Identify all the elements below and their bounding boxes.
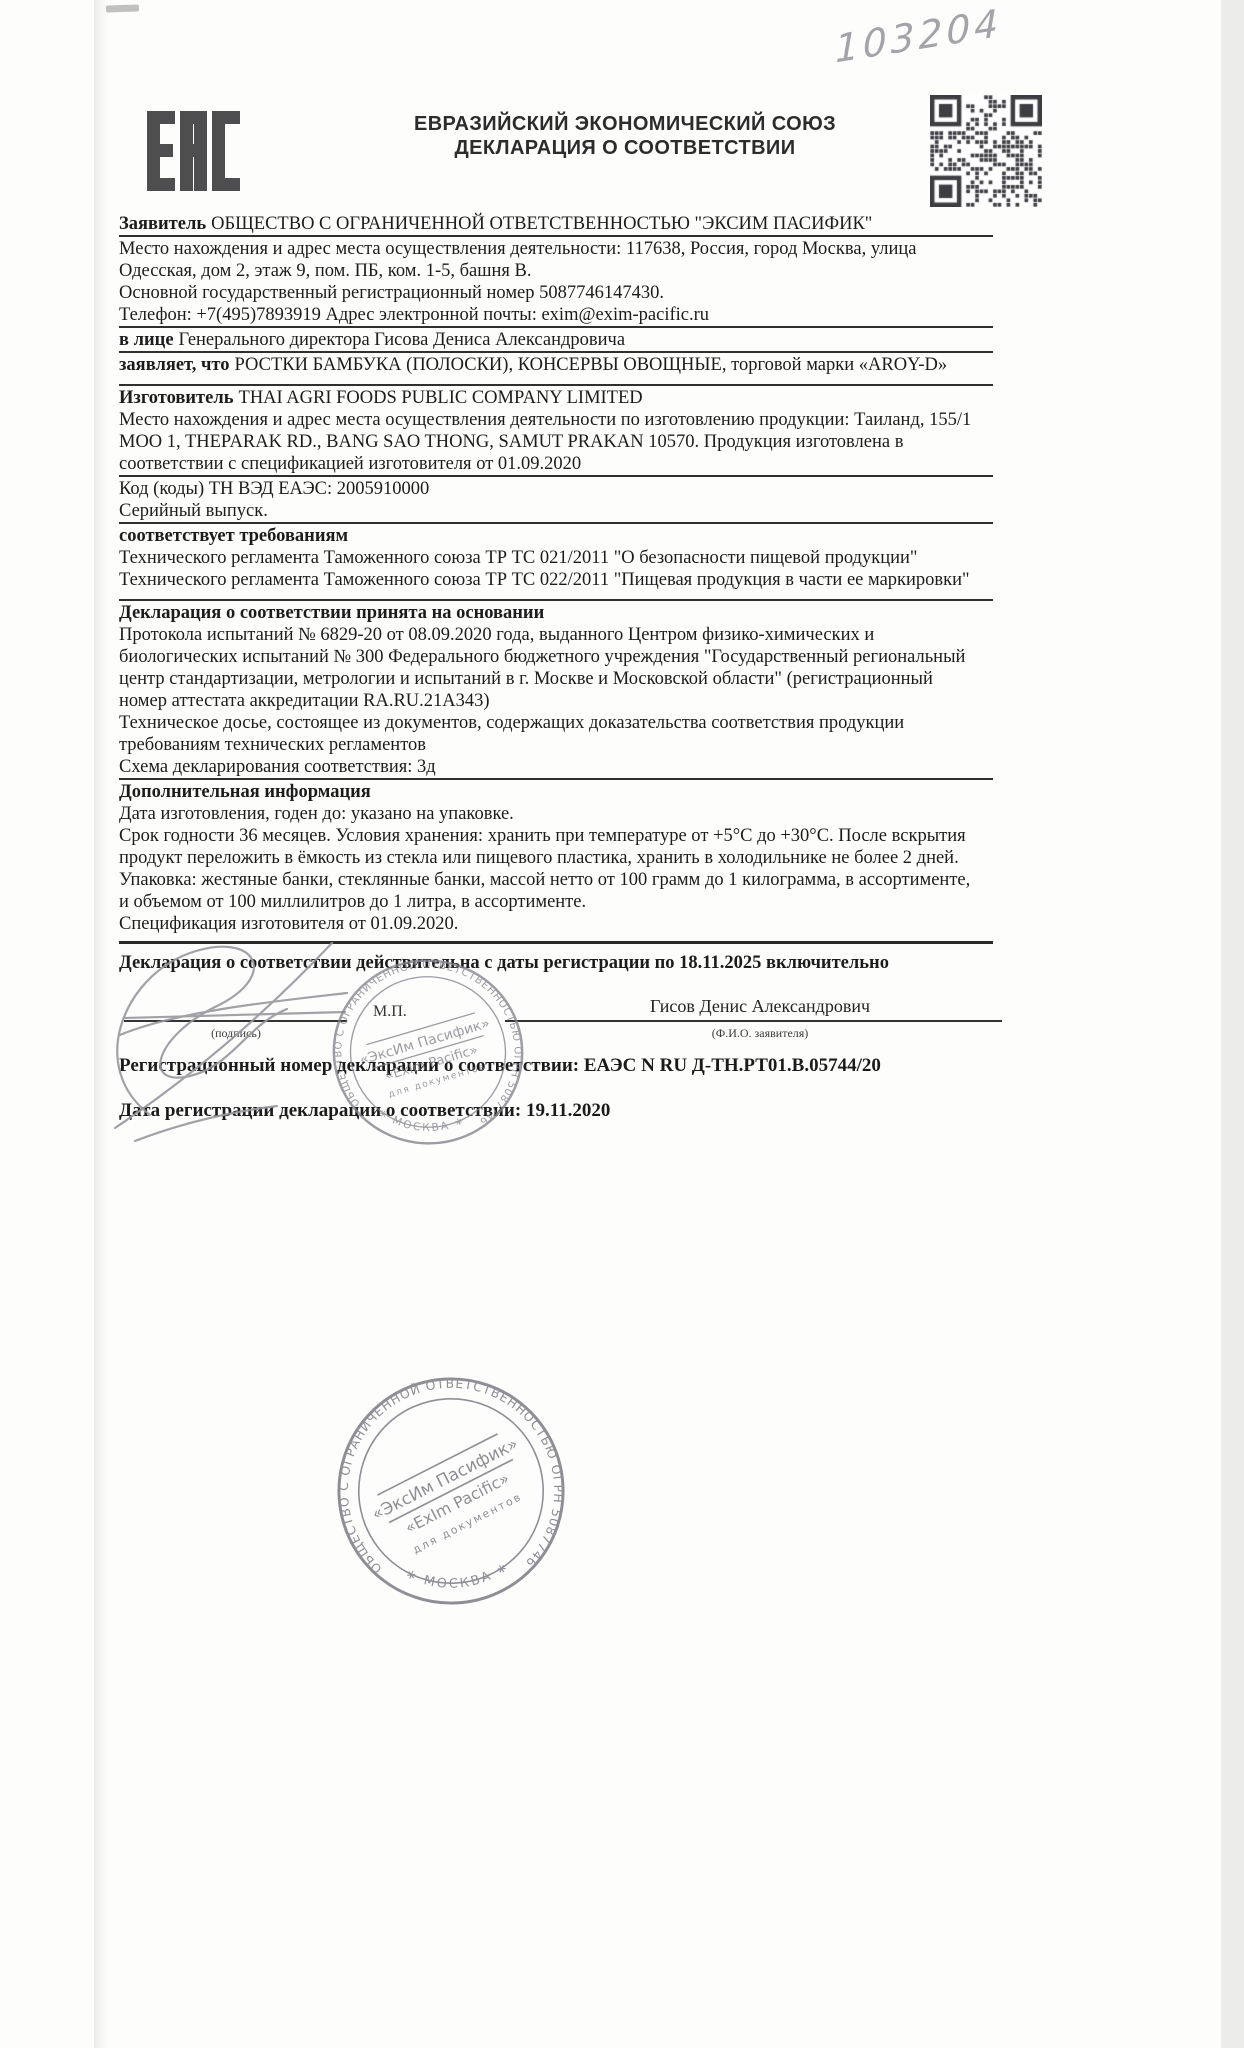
basis-header: Декларация о соответствии принята на осн…	[119, 602, 1157, 624]
company-stamp-large	[332, 1372, 570, 1610]
applicant-address-line1: Место нахождения и адрес места осуществл…	[119, 238, 1157, 260]
applicant-line: ЗаявительОБЩЕСТВО С ОГРАНИЧЕННОЙ ОТВЕТСТ…	[119, 213, 1157, 235]
scanned-declaration-page: 103204 ЕВРАЗИЙСКИЙ ЭКОНОМИЧЕСКИЙ СОЮЗ ДЕ…	[0, 0, 1244, 2048]
manufacturer-label: Изготовитель	[119, 388, 234, 408]
declaration-body: ЗаявительОБЩЕСТВО С ОГРАНИЧЕННОЙ ОТВЕТСТ…	[119, 213, 1157, 975]
additional-line3: продукт переложить в ёмкость из стекла и…	[119, 847, 1157, 869]
handwritten-number: 103204	[835, 1, 1003, 72]
person-label: в лице	[119, 330, 174, 350]
fio-line	[505, 1020, 1002, 1023]
additional-line1: Дата изготовления, годен до: указано на …	[119, 803, 1157, 825]
handwritten-signature	[95, 915, 365, 1145]
basis-line4: номер аттестата аккредитации RA.RU.21А34…	[119, 690, 1157, 712]
fio-caption: (Ф.И.О. заявителя)	[690, 1026, 830, 1041]
additional-label: Дополнительная информация	[119, 782, 371, 802]
applicant-fio: Гисов Денис Александрович	[630, 996, 890, 1017]
title-line-declaration: ДЕКЛАРАЦИЯ О СООТВЕТСТВИИ	[300, 136, 950, 160]
basis-line1: Протокола испытаний № 6829-20 от 08.09.2…	[119, 624, 1157, 646]
declares-line: заявляет, чтоРОСТКИ БАМБУКА (ПОЛОСКИ), К…	[119, 354, 1157, 376]
applicant-phone-line: Телефон: +7(495)7893919 Адрес электронно…	[119, 304, 1157, 326]
basis-scheme-line: Схема декларирования соответствия: 3д	[119, 756, 1157, 778]
basis-line2: биологических испытаний № 300 Федерально…	[119, 646, 1157, 668]
basis-line3: центр стандартизации, метрологии и испыт…	[119, 668, 1157, 690]
person-text: Генерального директора Гисова Дениса Але…	[179, 330, 626, 350]
company-stamp-small	[328, 952, 528, 1152]
basis-line5: Техническое досье, состоящее из документ…	[119, 712, 1157, 734]
additional-header: Дополнительная информация	[119, 781, 1157, 803]
document-title: ЕВРАЗИЙСКИЙ ЭКОНОМИЧЕСКИЙ СОЮЗ ДЕКЛАРАЦИ…	[300, 112, 950, 160]
manufacturer-address-line3: соответствии с спецификацией изготовител…	[119, 453, 1157, 475]
scan-right-edge	[1221, 0, 1244, 2048]
applicant-name: ОБЩЕСТВО С ОГРАНИЧЕННОЙ ОТВЕТСТВЕННОСТЬЮ…	[211, 214, 872, 234]
manufacturer-name: THAI AGRI FOODS PUBLIC COMPANY LIMITED	[239, 388, 643, 408]
manufacturer-address-line2: MOO 1, THEPARAK RD., BANG SAO THONG, SAM…	[119, 431, 1157, 453]
complies-line2: Технического регламента Таможенного союз…	[119, 569, 1157, 591]
person-line: в лицеГенерального директора Гисова Дени…	[119, 329, 1157, 351]
additional-line2: Срок годности 36 месяцев. Условия хранен…	[119, 825, 1157, 847]
complies-header: соответствует требованиям	[119, 525, 1157, 547]
scan-corner-mark	[106, 4, 139, 12]
eac-logo-icon	[147, 111, 240, 191]
complies-label: соответствует требованиям	[119, 526, 348, 546]
title-line-union: ЕВРАЗИЙСКИЙ ЭКОНОМИЧЕСКИЙ СОЮЗ	[300, 112, 950, 136]
declares-label: заявляет, что	[119, 355, 230, 375]
manufacturer-address-line1: Место нахождения и адрес места осуществл…	[119, 409, 1157, 431]
basis-label: Декларация о соответствии принята на осн…	[119, 603, 544, 623]
tnved-code-line: Код (коды) ТН ВЭД ЕАЭС: 2005910000	[119, 478, 1157, 500]
declares-text: РОСТКИ БАМБУКА (ПОЛОСКИ), КОНСЕРВЫ ОВОЩН…	[235, 355, 948, 375]
additional-line4: Упаковка: жестяные банки, стеклянные бан…	[119, 869, 1157, 891]
applicant-address-line2: Одесская, дом 2, этаж 9, пом. ПБ, ком. 1…	[119, 260, 1157, 282]
manufacturer-line: ИзготовительTHAI AGRI FOODS PUBLIC COMPA…	[119, 387, 1157, 409]
basis-line6: требованиям технических регламентов	[119, 734, 1157, 756]
applicant-label: Заявитель	[119, 214, 206, 234]
applicant-ogrn-line: Основной государственный регистрационный…	[119, 282, 1157, 304]
additional-line5: и объемом от 100 миллилитров до 1 литра,…	[119, 891, 1157, 913]
serial-line: Серийный выпуск.	[119, 500, 1157, 522]
qr-code	[930, 95, 1042, 207]
complies-line1: Технического регламента Таможенного союз…	[119, 547, 1157, 569]
